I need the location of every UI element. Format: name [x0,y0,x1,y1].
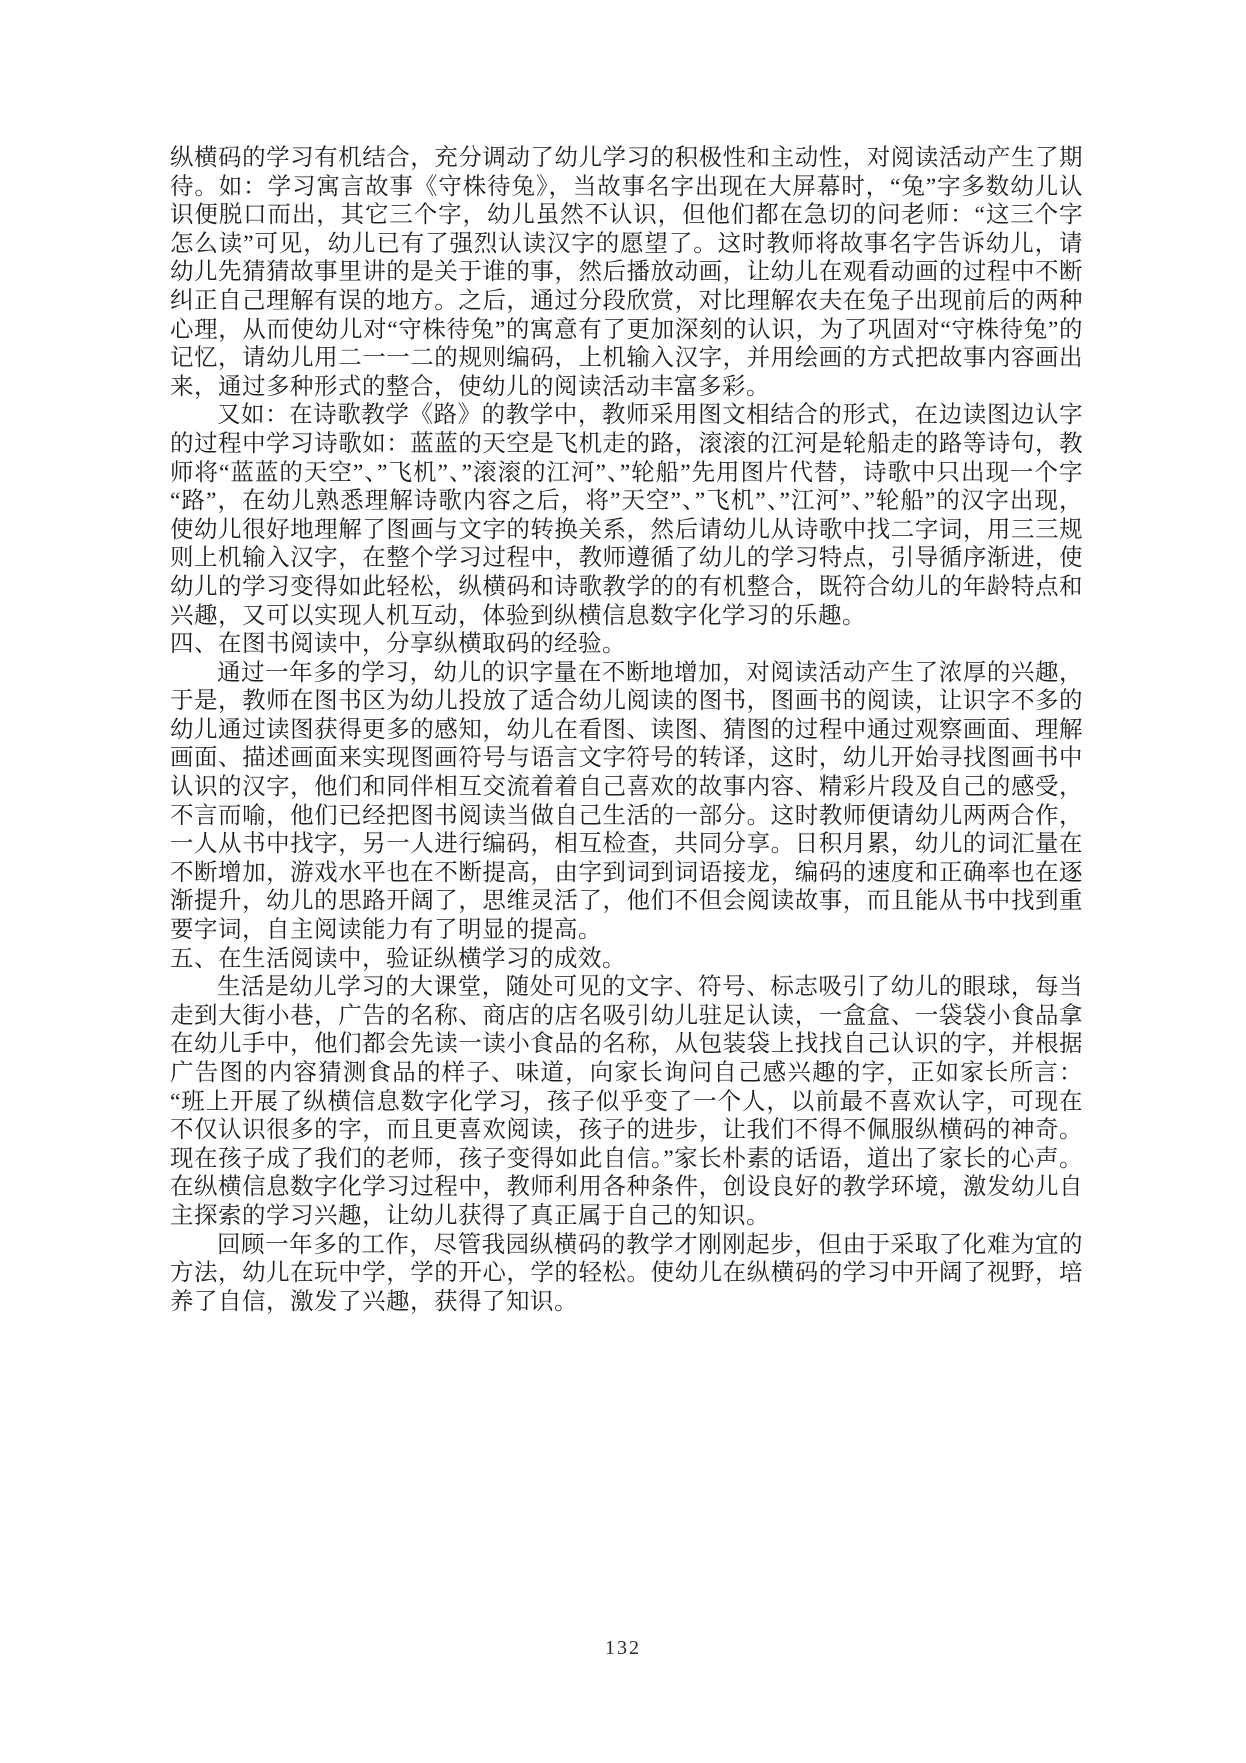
paragraph: 通过一年多的学习，幼儿的识字量在不断地增加，对阅读活动产生了浓厚的兴趣，于是，教… [170,659,1083,945]
page-number: 132 [0,1637,1246,1660]
document-page: 纵横码的学习有机结合，充分调动了幼儿学习的积极性和主动性，对阅读活动产生了期待。… [0,0,1246,1763]
paragraph: 又如：在诗歌教学《路》的教学中，教师采用图文相结合的形式，在边读图边认字的过程中… [170,401,1083,630]
text-block: 纵横码的学习有机结合，充分调动了幼儿学习的积极性和主动性，对阅读活动产生了期待。… [170,144,1083,1316]
paragraph-continuation: 纵横码的学习有机结合，充分调动了幼儿学习的积极性和主动性，对阅读活动产生了期待。… [170,144,1083,401]
section-heading-5: 五、在生活阅读中，验证纵横学习的成效。 [170,945,1083,974]
section-heading-4: 四、在图书阅读中，分享纵横取码的经验。 [170,630,1083,659]
paragraph: 生活是幼儿学习的大课堂，随处可见的文字、符号、标志吸引了幼儿的眼球，每当走到大街… [170,973,1083,1230]
paragraph: 回顾一年多的工作，尽管我园纵横码的教学才刚刚起步，但由于采取了化难为宜的方法，幼… [170,1231,1083,1317]
